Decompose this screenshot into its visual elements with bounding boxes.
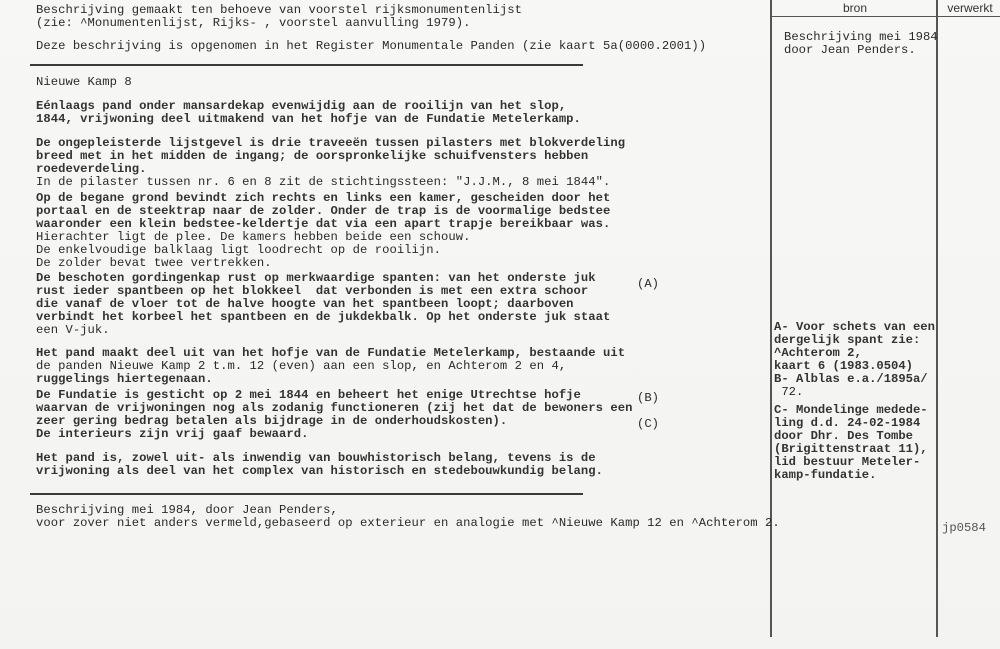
note-line: B- Alblas e.a./1895a/ (774, 373, 928, 386)
note-line: door Dhr. Des Tombe (774, 430, 913, 443)
note-line: 72. (774, 386, 803, 399)
body-line: waaronder een klein bedstee-keldertje da… (36, 218, 610, 230)
note-line: A- Voor schets van een (774, 321, 935, 334)
intro-line-1: Eénlaags pand onder mansardekap evenwijd… (36, 100, 566, 112)
header-register-line: Deze beschrijving is opgenomen in het Re… (36, 40, 706, 52)
body-line: portaal en de steektrap naar de zolder. … (36, 205, 610, 217)
column-header-underline (771, 16, 1000, 17)
body-line: Hierachter ligt de plee. De kamers hebbe… (36, 231, 470, 243)
footnote-marker-c: (C) (637, 417, 659, 431)
header-line-1: Beschrijving gemaakt ten behoeve van voo… (36, 4, 522, 16)
column-rule-verwerkt (936, 0, 938, 637)
column-rule-bron (770, 0, 772, 637)
bron-line-2: door Jean Penders. (784, 44, 916, 57)
note-line: kamp-fundatie. (774, 469, 876, 482)
body-line: rust ieder spantbeen op het blokkeel dat… (36, 285, 588, 297)
body-line: De zolder bevat twee vertrekken. (36, 257, 272, 269)
footnote-marker-b: (B) (637, 391, 659, 405)
document-page: Beschrijving gemaakt ten behoeve van voo… (0, 0, 1000, 649)
body-line: De beschoten gordingenkap rust op merkwa… (36, 272, 596, 284)
note-line: dergelijk spant zie: (774, 334, 920, 347)
divider-bottom (30, 493, 583, 495)
body-line: verbindt het korbeel het spantbeen en de… (36, 311, 610, 323)
body-line: breed met in het midden de ingang; de oo… (36, 150, 588, 162)
conclusion-line-1: Het pand is, zowel uit- als inwendig van… (36, 452, 596, 464)
footer-line-1: Beschrijving mei 1984, door Jean Penders… (36, 504, 338, 516)
column-header-bron: bron (771, 1, 939, 15)
body-line: waarvan de vrijwoningen nog als zodanig … (36, 402, 632, 414)
body-line: zeer gering bedrag betalen als bijdrage … (36, 415, 507, 427)
body-line: ruggelings hiertegenaan. (36, 373, 213, 385)
body-line: Het pand maakt deel uit van het hofje va… (36, 347, 625, 359)
note-line: ling d.d. 24-02-1984 (774, 417, 920, 430)
body-line: een V-juk. (36, 324, 110, 336)
body-line: De ongepleisterde lijstgevel is drie tra… (36, 137, 625, 149)
conclusion-line-2: vrijwoning als deel van het complex van … (36, 465, 603, 477)
body-line: De enkelvoudige balklaag ligt loodrecht … (36, 244, 441, 256)
note-line: lid bestuur Meteler- (774, 456, 920, 469)
note-line: (Brigittenstraat 11), (774, 443, 928, 456)
body-line: De interieurs zijn vrij gaaf bewaard. (36, 428, 308, 440)
body-line: In de pilaster tussen nr. 6 en 8 zit de … (36, 176, 610, 188)
verwerkt-code: jp0584 (942, 522, 986, 535)
body-line: de panden Nieuwe Kamp 2 t.m. 12 (even) a… (36, 360, 566, 372)
column-header-verwerkt: verwerkt (940, 1, 1000, 15)
divider-top (30, 64, 583, 66)
footer-line-2: voor zover niet anders vermeld,gebaseerd… (36, 517, 780, 529)
note-line: C- Mondelinge medede- (774, 404, 928, 417)
bron-line-1: Beschrijving mei 1984 (784, 31, 938, 44)
body-line: Op de begane grond bevindt zich rechts e… (36, 192, 610, 204)
body-line: De Fundatie is gesticht op 2 mei 1844 en… (36, 389, 581, 401)
header-line-2: (zie: ^Monumentenlijst, Rijks- , voorste… (36, 17, 470, 29)
address-heading: Nieuwe Kamp 8 (36, 76, 132, 88)
footnote-marker-a: (A) (637, 277, 659, 291)
note-line: kaart 6 (1983.0504) (774, 360, 913, 373)
intro-line-2: 1844, vrijwoning deel uitmakend van het … (36, 113, 581, 125)
body-line: roedeverdeling. (36, 163, 146, 175)
note-line: ^Achterom 2, (774, 347, 862, 360)
body-line: die vanaf de vloer tot de halve hoogte v… (36, 298, 574, 310)
